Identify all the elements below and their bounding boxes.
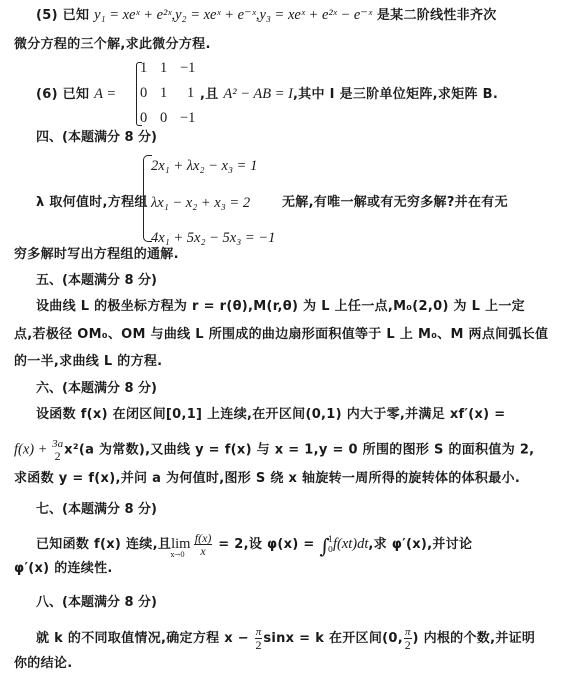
problem-5-line-1: (5) 已知 y₁ = xeˣ + e²ˣ,y₂ = xeˣ + e⁻ˣ,y₃ … (36, 6, 497, 25)
section-8-text-c: ) 内根的个数,并证明 (413, 631, 536, 646)
section-4-line-2: 穷多解时写出方程组的通解. (14, 246, 179, 264)
y1-expression: y₁ = xeˣ + e²ˣ (94, 7, 171, 23)
section-4-trail: 无解,有唯一解或有无穷多解?并在有无 (282, 194, 508, 212)
problem-5-prefix: (5) 已知 (36, 8, 94, 23)
limit-fraction: f(x)x (194, 532, 213, 557)
section-8-text-b: sinx = k 在开区间(0, (263, 631, 403, 646)
section-6-line-2: f(x) + 3a2x²(a 为常数),又曲线 y = f(x) 与 x = 1… (14, 438, 534, 462)
fraction-pi-over-2: π2 (404, 626, 412, 651)
section-5-line-1: 设曲线 L 的极坐标方程为 r = r(θ),M(r,θ) 为 L 上任一点,M… (36, 298, 525, 316)
fraction-denominator: 2 (255, 639, 263, 651)
matrix-cell: 0 (140, 85, 147, 102)
section-4-lead: λ 取何值时,方程组 (36, 194, 148, 212)
matrix-cell: 0 (160, 110, 167, 127)
matrix-cell: 1 (187, 85, 194, 102)
section-6-line-3: 求函数 y = f(x),并问 a 为何值时,图形 S 绕 x 轴旋转一周所得的… (14, 470, 520, 488)
section-6-line-2-text: x²(a 为常数),又曲线 y = f(x) 与 x = 1,y = 0 所围的… (64, 443, 534, 458)
matrix-cell: −1 (180, 60, 195, 77)
matrix-cell: 1 (140, 60, 147, 77)
section-8-line-1: 就 k 的不同取值情况,确定方程 x − π2sinx = k 在开区间(0,π… (36, 626, 535, 651)
section-4-heading: 四、(本题满分 8 分) (36, 129, 157, 147)
section-7-line-2: φ′(x) 的连续性. (14, 560, 113, 578)
fraction-pi-over-2: π2 (255, 626, 263, 651)
problem-6-line: (6) 已知 A = (36, 85, 116, 104)
problem-5-suffix: 是某二阶线性非齐次 (372, 8, 497, 23)
section-6-line-1: 设函数 f(x) 在闭区间[0,1] 上连续,在开区间(0,1) 内大于零,并满… (36, 406, 505, 424)
section-5-line-3: 的一半,求曲线 L 的方程. (14, 353, 162, 371)
matrix-cell: 1 (160, 60, 167, 77)
problem-6-prefix: (6) 已知 (36, 87, 94, 102)
fraction-denominator: 2 (404, 639, 412, 651)
problem-5-line-2: 微分方程的三个解,求此微分方程. (14, 36, 211, 54)
fraction-3a-over-2: 3a2 (52, 438, 63, 462)
problem-6-line-rest: ,且 A² − AB = I,其中 I 是三阶单位矩阵,求矩阵 B. (200, 85, 498, 104)
section-7-text-a: 已知函数 f(x) 连续,且 (36, 537, 171, 552)
integrand: f(xt)dt (333, 536, 368, 552)
fx-term: f(x) + (14, 442, 51, 458)
matrix-cell: −1 (180, 110, 195, 127)
limit-subscript: x→0 (170, 546, 184, 564)
y2-expression: y₂ = xeˣ + e⁻ˣ (175, 7, 256, 23)
section-7-text-c: ,求 φ′(x),并讨论 (368, 537, 472, 552)
section-5-line-2: 点,若极径 OM₀、OM 与曲线 L 所围成的曲边扇形面积值等于 L 上 M₀、… (14, 326, 548, 344)
fraction-denominator: x (194, 545, 213, 557)
matrix-equation: A² − AB = I (223, 86, 293, 102)
section-7-text-b: = 2,设 φ(x) = (213, 537, 319, 552)
section-7-heading: 七、(本题满分 8 分) (36, 501, 157, 519)
y3-expression: y₃ = xeˣ + e²ˣ − e⁻ˣ (259, 7, 372, 23)
problem-6-suffix: ,其中 I 是三阶单位矩阵,求矩阵 B. (293, 87, 498, 102)
matrix-a-label: A = (94, 86, 116, 102)
section-6-heading: 六、(本题满分 8 分) (36, 380, 157, 398)
section-8-heading: 八、(本题满分 8 分) (36, 594, 157, 612)
exam-page: (5) 已知 y₁ = xeˣ + e²ˣ,y₂ = xeˣ + e⁻ˣ,y₃ … (0, 0, 571, 677)
problem-6-middle: ,且 (200, 87, 223, 102)
equation-2: λx₁ − x₂ + x₃ = 2 (151, 194, 250, 212)
matrix-cell: 0 (140, 110, 147, 127)
section-5-heading: 五、(本题满分 8 分) (36, 272, 157, 290)
section-8-text-a: 就 k 的不同取值情况,确定方程 x − (36, 631, 254, 646)
fraction-denominator: 2 (52, 450, 63, 462)
matrix-cell: 1 (160, 85, 167, 102)
section-8-line-2: 你的结论. (14, 655, 72, 673)
equation-1: 2x₁ + λx₂ − x₃ = 1 (151, 157, 257, 175)
equation-3: 4x₁ + 5x₂ − 5x₃ = −1 (151, 229, 275, 247)
